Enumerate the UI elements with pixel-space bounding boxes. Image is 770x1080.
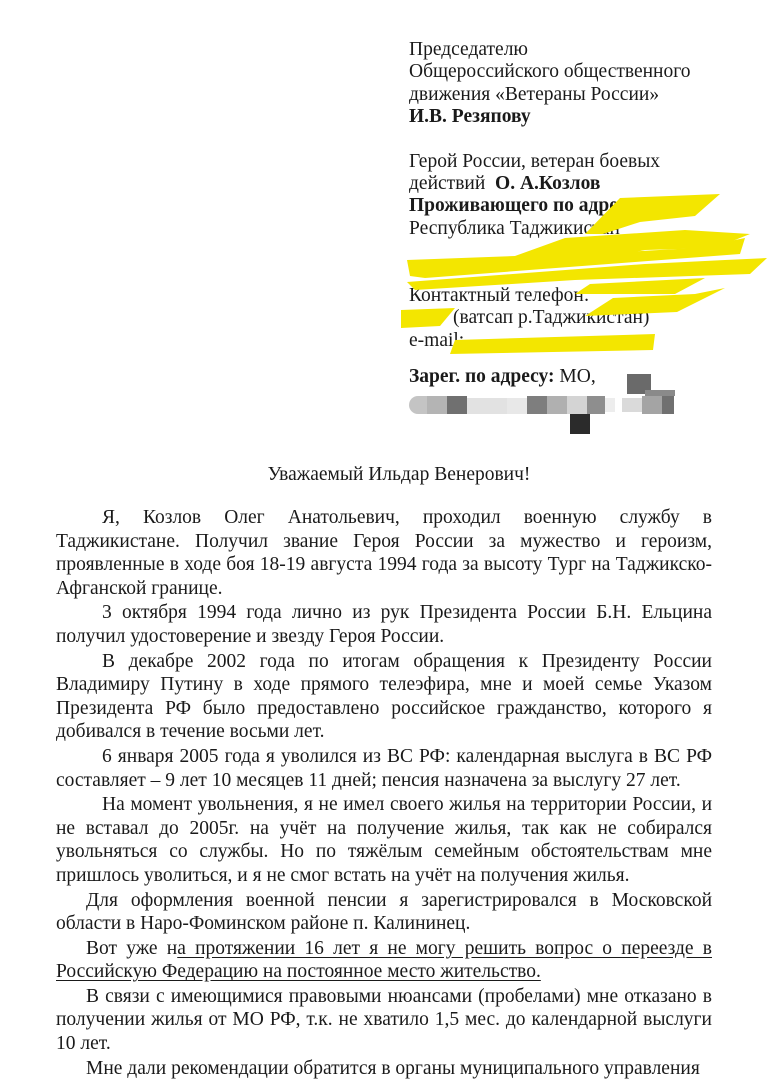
letter-page: Председателю Общероссийского общественно… <box>0 0 770 1080</box>
addressee-org-line2: движения «Ветераны России» <box>409 84 749 106</box>
addressee-name: И.В. Резяпову <box>409 106 749 128</box>
letter-body: Я, Козлов Олег Анатольевич, проходил вое… <box>56 506 712 1080</box>
paragraph: В декабре 2002 года по итогам обращения … <box>56 650 712 744</box>
paragraph: На момент увольнения, я не имел своего ж… <box>56 793 712 887</box>
sender-title: Герой России, ветеран боевых <box>409 151 749 173</box>
greeting: Уважаемый Ильдар Венерович! <box>0 464 770 486</box>
paragraph: 6 января 2005 года я уволился из ВС РФ: … <box>56 745 712 792</box>
addressee-org-line1: Общероссийского общественного <box>409 61 749 83</box>
paragraph-underlined: Вот уже на протяжении 16 лет я не могу р… <box>56 937 712 984</box>
pixelated-redaction <box>405 370 685 440</box>
yellow-redaction <box>395 190 770 370</box>
paragraph: 3 октября 1994 года лично из рук Президе… <box>56 601 712 648</box>
paragraph: Я, Козлов Олег Анатольевич, проходил вое… <box>56 506 712 600</box>
addressee-title: Председателю <box>409 39 749 61</box>
paragraph: Мне дали рекомендации обратится в органы… <box>56 1057 712 1080</box>
paragraph: В связи с имеющимися правовыми нюансами … <box>56 985 712 1056</box>
paragraph: Для оформления военной пенсии я зарегист… <box>56 889 712 936</box>
